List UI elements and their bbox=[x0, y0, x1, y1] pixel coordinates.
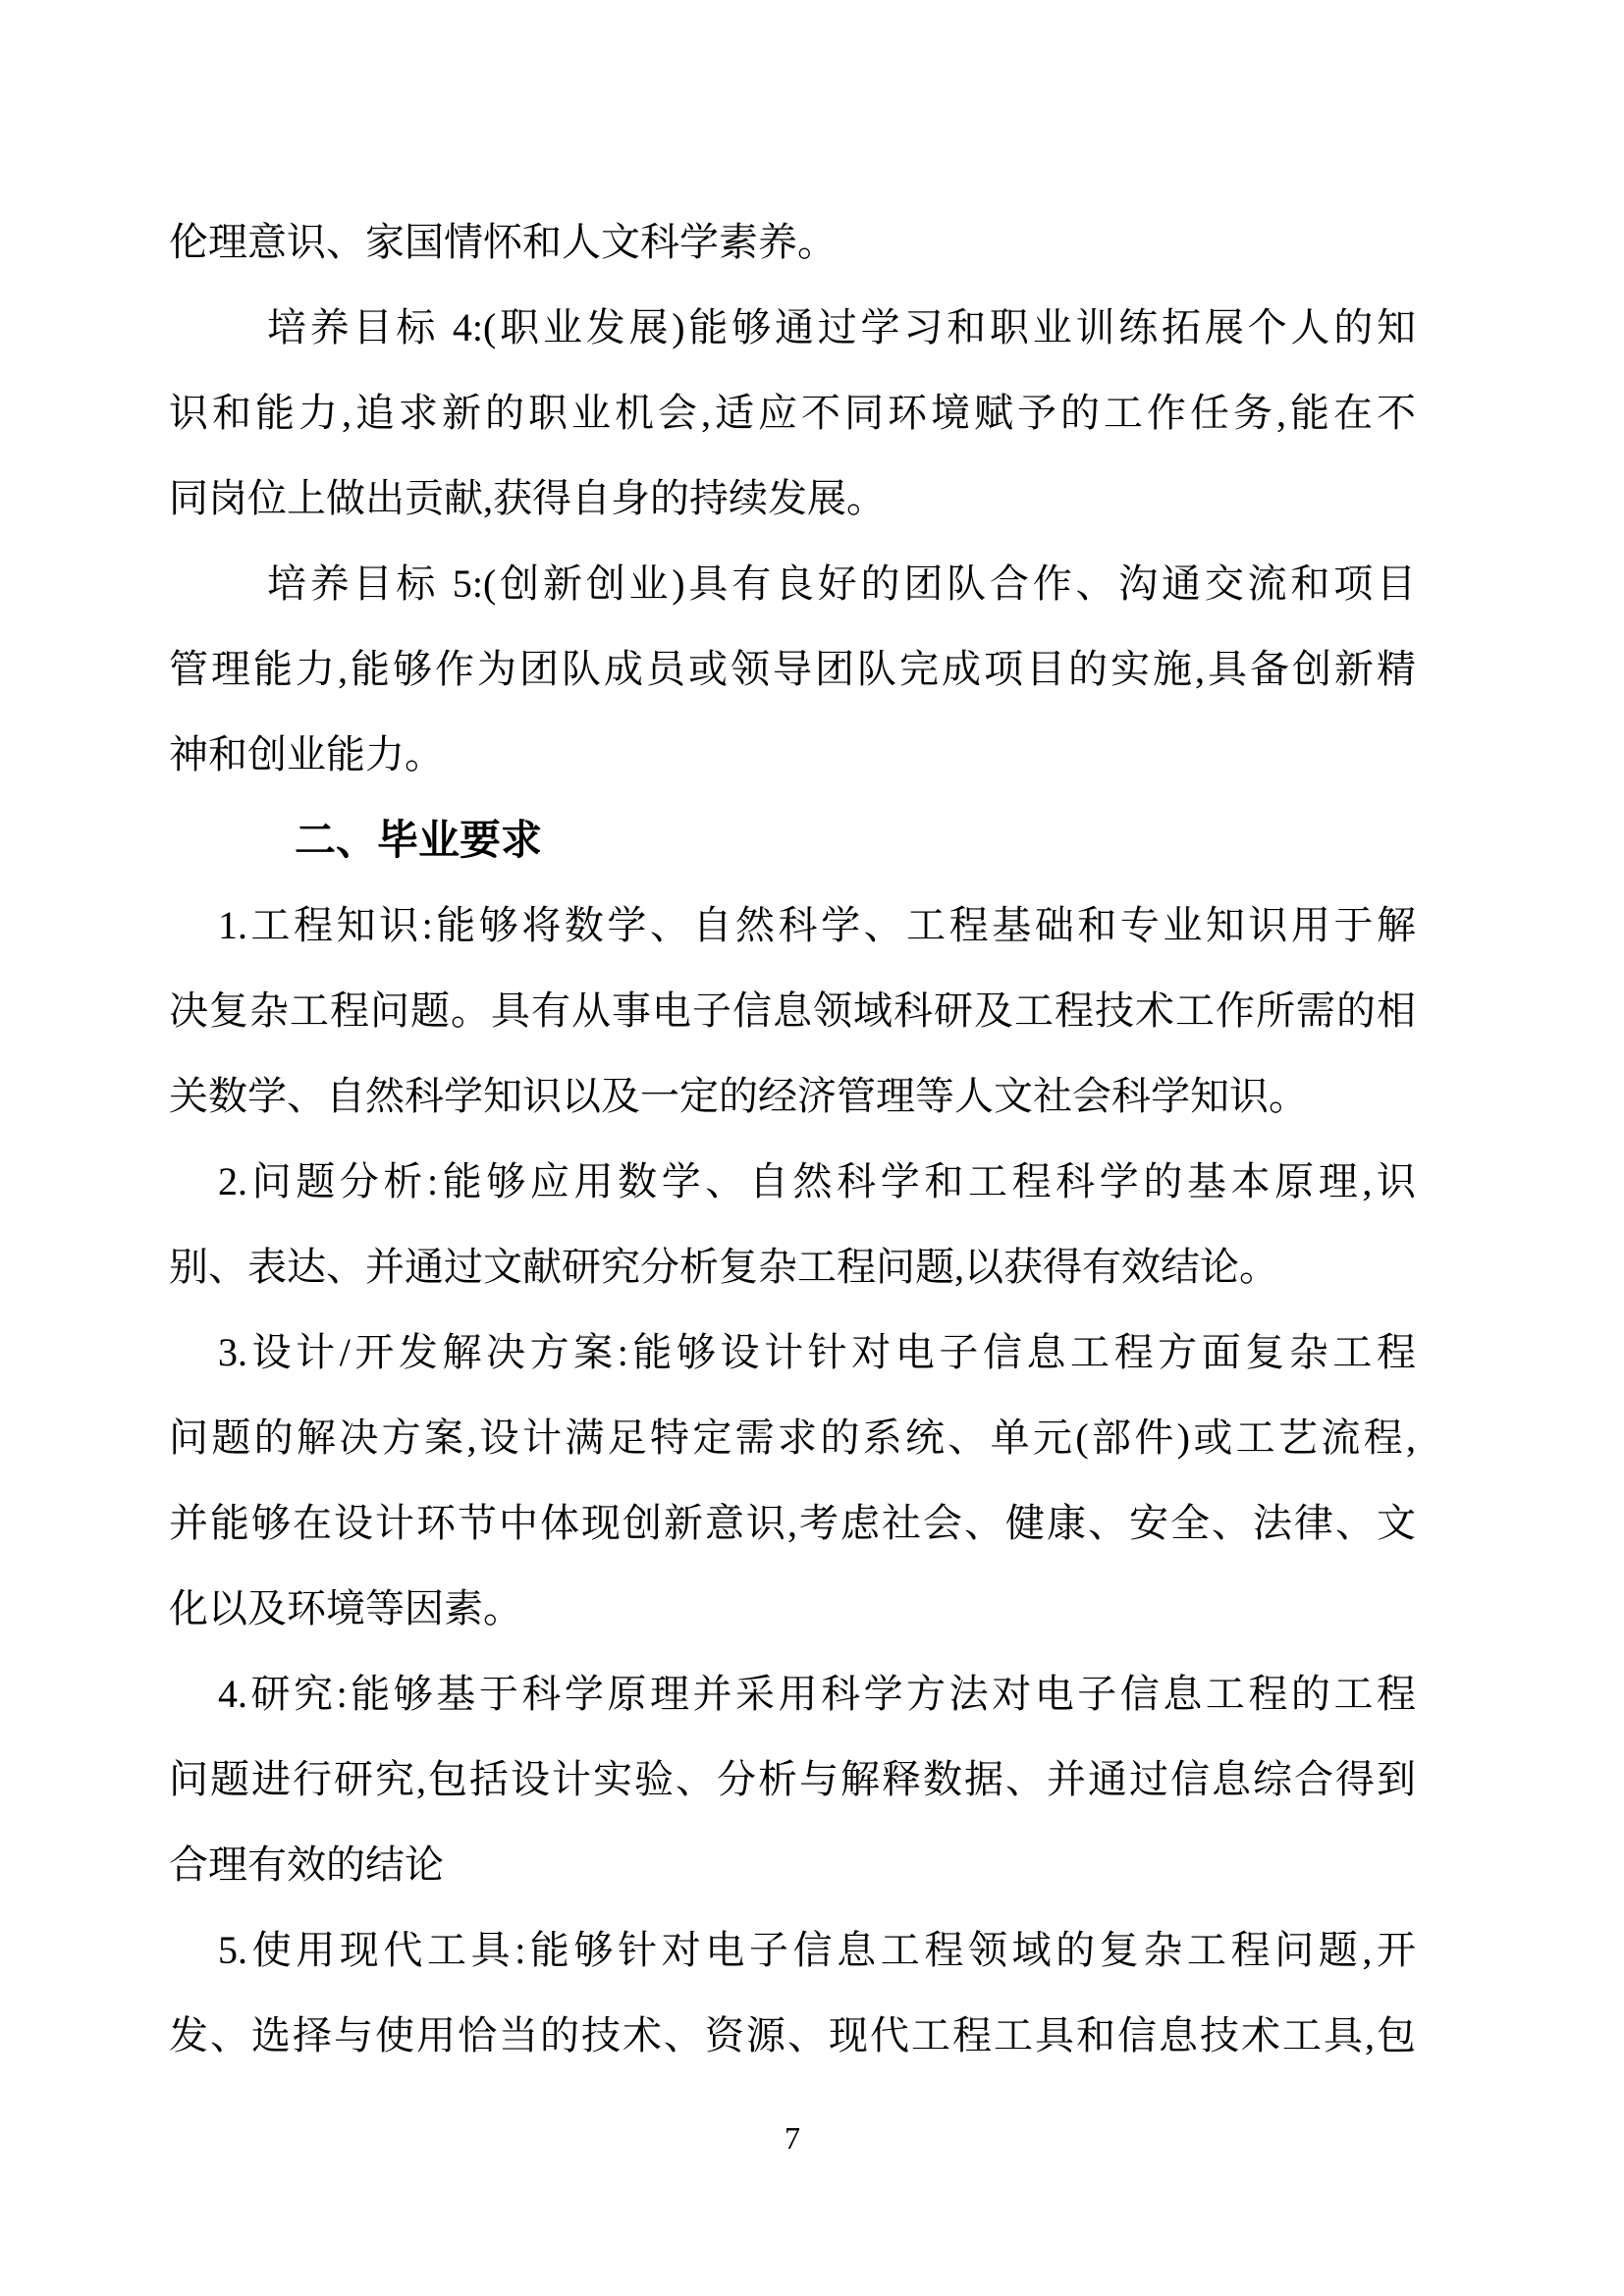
text-line: 化以及环境等因素。 bbox=[169, 1566, 1416, 1651]
document-page: 伦理意识、家国情怀和人文科学素养。培养目标 4:(职业发展)能够通过学习和职业训… bbox=[0, 0, 1624, 2296]
text-line: 伦理意识、家国情怀和人文科学素养。 bbox=[169, 199, 1416, 285]
text-line: 发、选择与使用恰当的技术、资源、现代工程工具和信息技术工具,包 bbox=[169, 1993, 1416, 2078]
page-number: 7 bbox=[169, 2118, 1416, 2158]
text-line: 并能够在设计环节中体现创新意识,考虑社会、健康、安全、法律、文 bbox=[169, 1480, 1416, 1566]
text-line: 问题进行研究,包括设计实验、分析与解释数据、并通过信息综合得到 bbox=[169, 1736, 1416, 1822]
text-line: 决复杂工程问题。具有从事电子信息领域科研及工程技术工作所需的相 bbox=[169, 968, 1416, 1053]
text-line: 3.设计/开发解决方案:能够设计针对电子信息工程方面复杂工程 bbox=[169, 1309, 1416, 1395]
text-line: 培养目标 4:(职业发展)能够通过学习和职业训练拓展个人的知 bbox=[169, 285, 1416, 370]
text-line: 别、表达、并通过文献研究分析复杂工程问题,以获得有效结论。 bbox=[169, 1224, 1416, 1309]
section-heading: 二、毕业要求 bbox=[169, 797, 1416, 882]
text-line: 管理能力,能够作为团队成员或领导团队完成项目的实施,具备创新精 bbox=[169, 626, 1416, 712]
text-line: 神和创业能力。 bbox=[169, 712, 1416, 797]
text-line: 同岗位上做出贡献,获得自身的持续发展。 bbox=[169, 455, 1416, 541]
text-line: 培养目标 5:(创新创业)具有良好的团队合作、沟通交流和项目 bbox=[169, 541, 1416, 626]
text-line: 关数学、自然科学知识以及一定的经济管理等人文社会科学知识。 bbox=[169, 1053, 1416, 1139]
text-line: 合理有效的结论 bbox=[169, 1822, 1416, 1907]
text-line: 识和能力,追求新的职业机会,适应不同环境赋予的工作任务,能在不 bbox=[169, 370, 1416, 455]
page-body: 伦理意识、家国情怀和人文科学素养。培养目标 4:(职业发展)能够通过学习和职业训… bbox=[169, 199, 1416, 2078]
text-line: 5.使用现代工具:能够针对电子信息工程领域的复杂工程问题,开 bbox=[169, 1907, 1416, 1993]
text-line: 问题的解决方案,设计满足特定需求的系统、单元(部件)或工艺流程, bbox=[169, 1395, 1416, 1480]
text-line: 1.工程知识:能够将数学、自然科学、工程基础和专业知识用于解 bbox=[169, 882, 1416, 968]
text-line: 2.问题分析:能够应用数学、自然科学和工程科学的基本原理,识 bbox=[169, 1139, 1416, 1224]
text-line: 4.研究:能够基于科学原理并采用科学方法对电子信息工程的工程 bbox=[169, 1651, 1416, 1736]
